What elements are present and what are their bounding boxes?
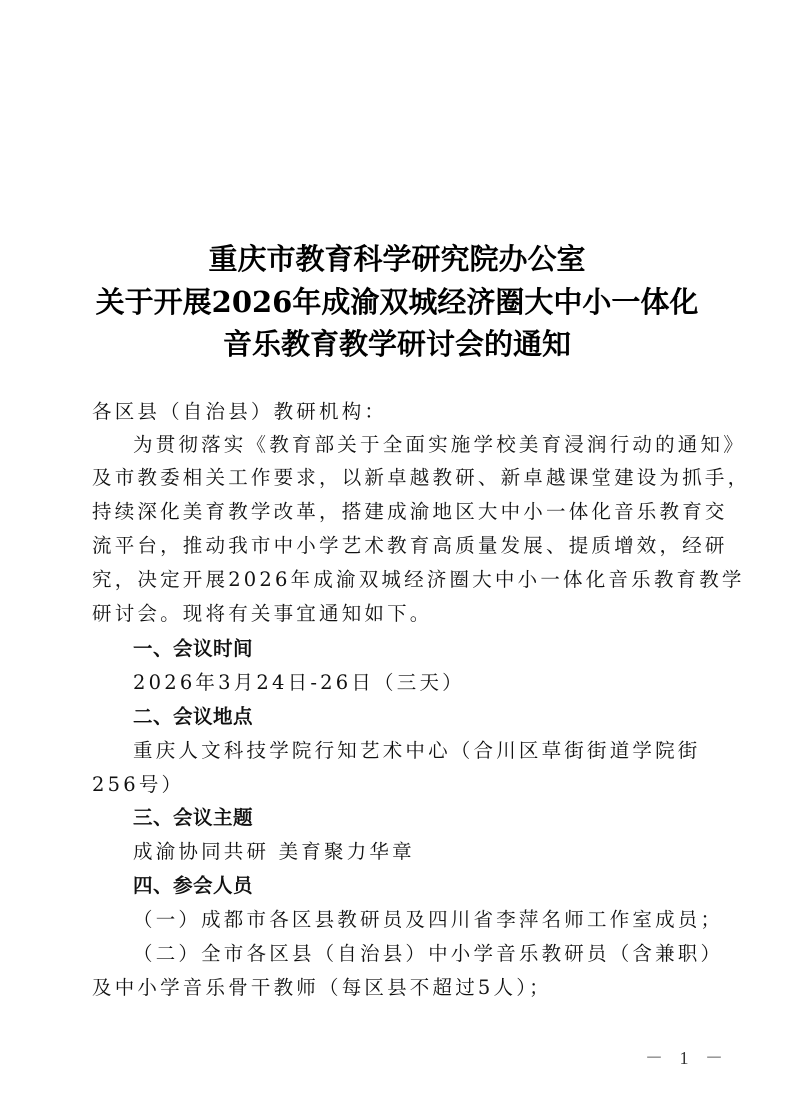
intro-line-3: 持续深化美育教学改革，搭建成渝地区大中小一体化音乐教育交 bbox=[92, 500, 712, 524]
section-heading-attendees: 四、参会人员 bbox=[133, 874, 753, 898]
section-location-text-2: 256号） bbox=[92, 773, 712, 797]
title-line-2: 关于开展2026年成渝双城经济圈大中小一体化 bbox=[60, 281, 734, 323]
intro-line-2: 及市教委相关工作要求，以新卓越教研、新卓越课堂建设为抓手， bbox=[92, 466, 712, 490]
section-heading-theme: 三、会议主题 bbox=[133, 806, 753, 830]
attendees-item-2: （二）全市各区县（自治县）中小学音乐教研员（含兼职） bbox=[133, 942, 753, 966]
section-theme-text: 成渝协同共研 美育聚力华章 bbox=[133, 840, 753, 864]
title-line-3: 音乐教育教学研讨会的通知 bbox=[60, 323, 734, 365]
intro-line-6: 研讨会。现将有关事宜通知如下。 bbox=[92, 602, 712, 626]
salutation: 各区县（自治县）教研机构： bbox=[92, 400, 712, 424]
intro-line-5: 究，决定开展2026年成渝双城经济圈大中小一体化音乐教育教学 bbox=[92, 568, 712, 592]
document-page: 重庆市教育科学研究院办公室 关于开展2026年成渝双城经济圈大中小一体化 音乐教… bbox=[0, 0, 794, 1108]
title-line-1: 重庆市教育科学研究院办公室 bbox=[60, 238, 734, 280]
intro-line-1: 为贯彻落实《教育部关于全面实施学校美育浸润行动的通知》 bbox=[133, 433, 753, 457]
section-location-text-1: 重庆人文科技学院行知艺术中心（合川区草街街道学院街 bbox=[133, 739, 753, 763]
attendees-item-1: （一）成都市各区县教研员及四川省李萍名师工作室成员； bbox=[133, 908, 753, 932]
intro-line-4: 流平台，推动我市中小学艺术教育高质量发展、提质增效，经研 bbox=[92, 534, 712, 558]
section-heading-location: 二、会议地点 bbox=[133, 705, 753, 729]
attendees-item-2-cont: 及中小学音乐骨干教师（每区县不超过5人）； bbox=[92, 976, 712, 1000]
page-number: － 1 － bbox=[645, 1044, 729, 1070]
section-time-text: 2026年3月24日-26日（三天） bbox=[133, 671, 753, 695]
section-heading-time: 一、会议时间 bbox=[133, 637, 753, 661]
